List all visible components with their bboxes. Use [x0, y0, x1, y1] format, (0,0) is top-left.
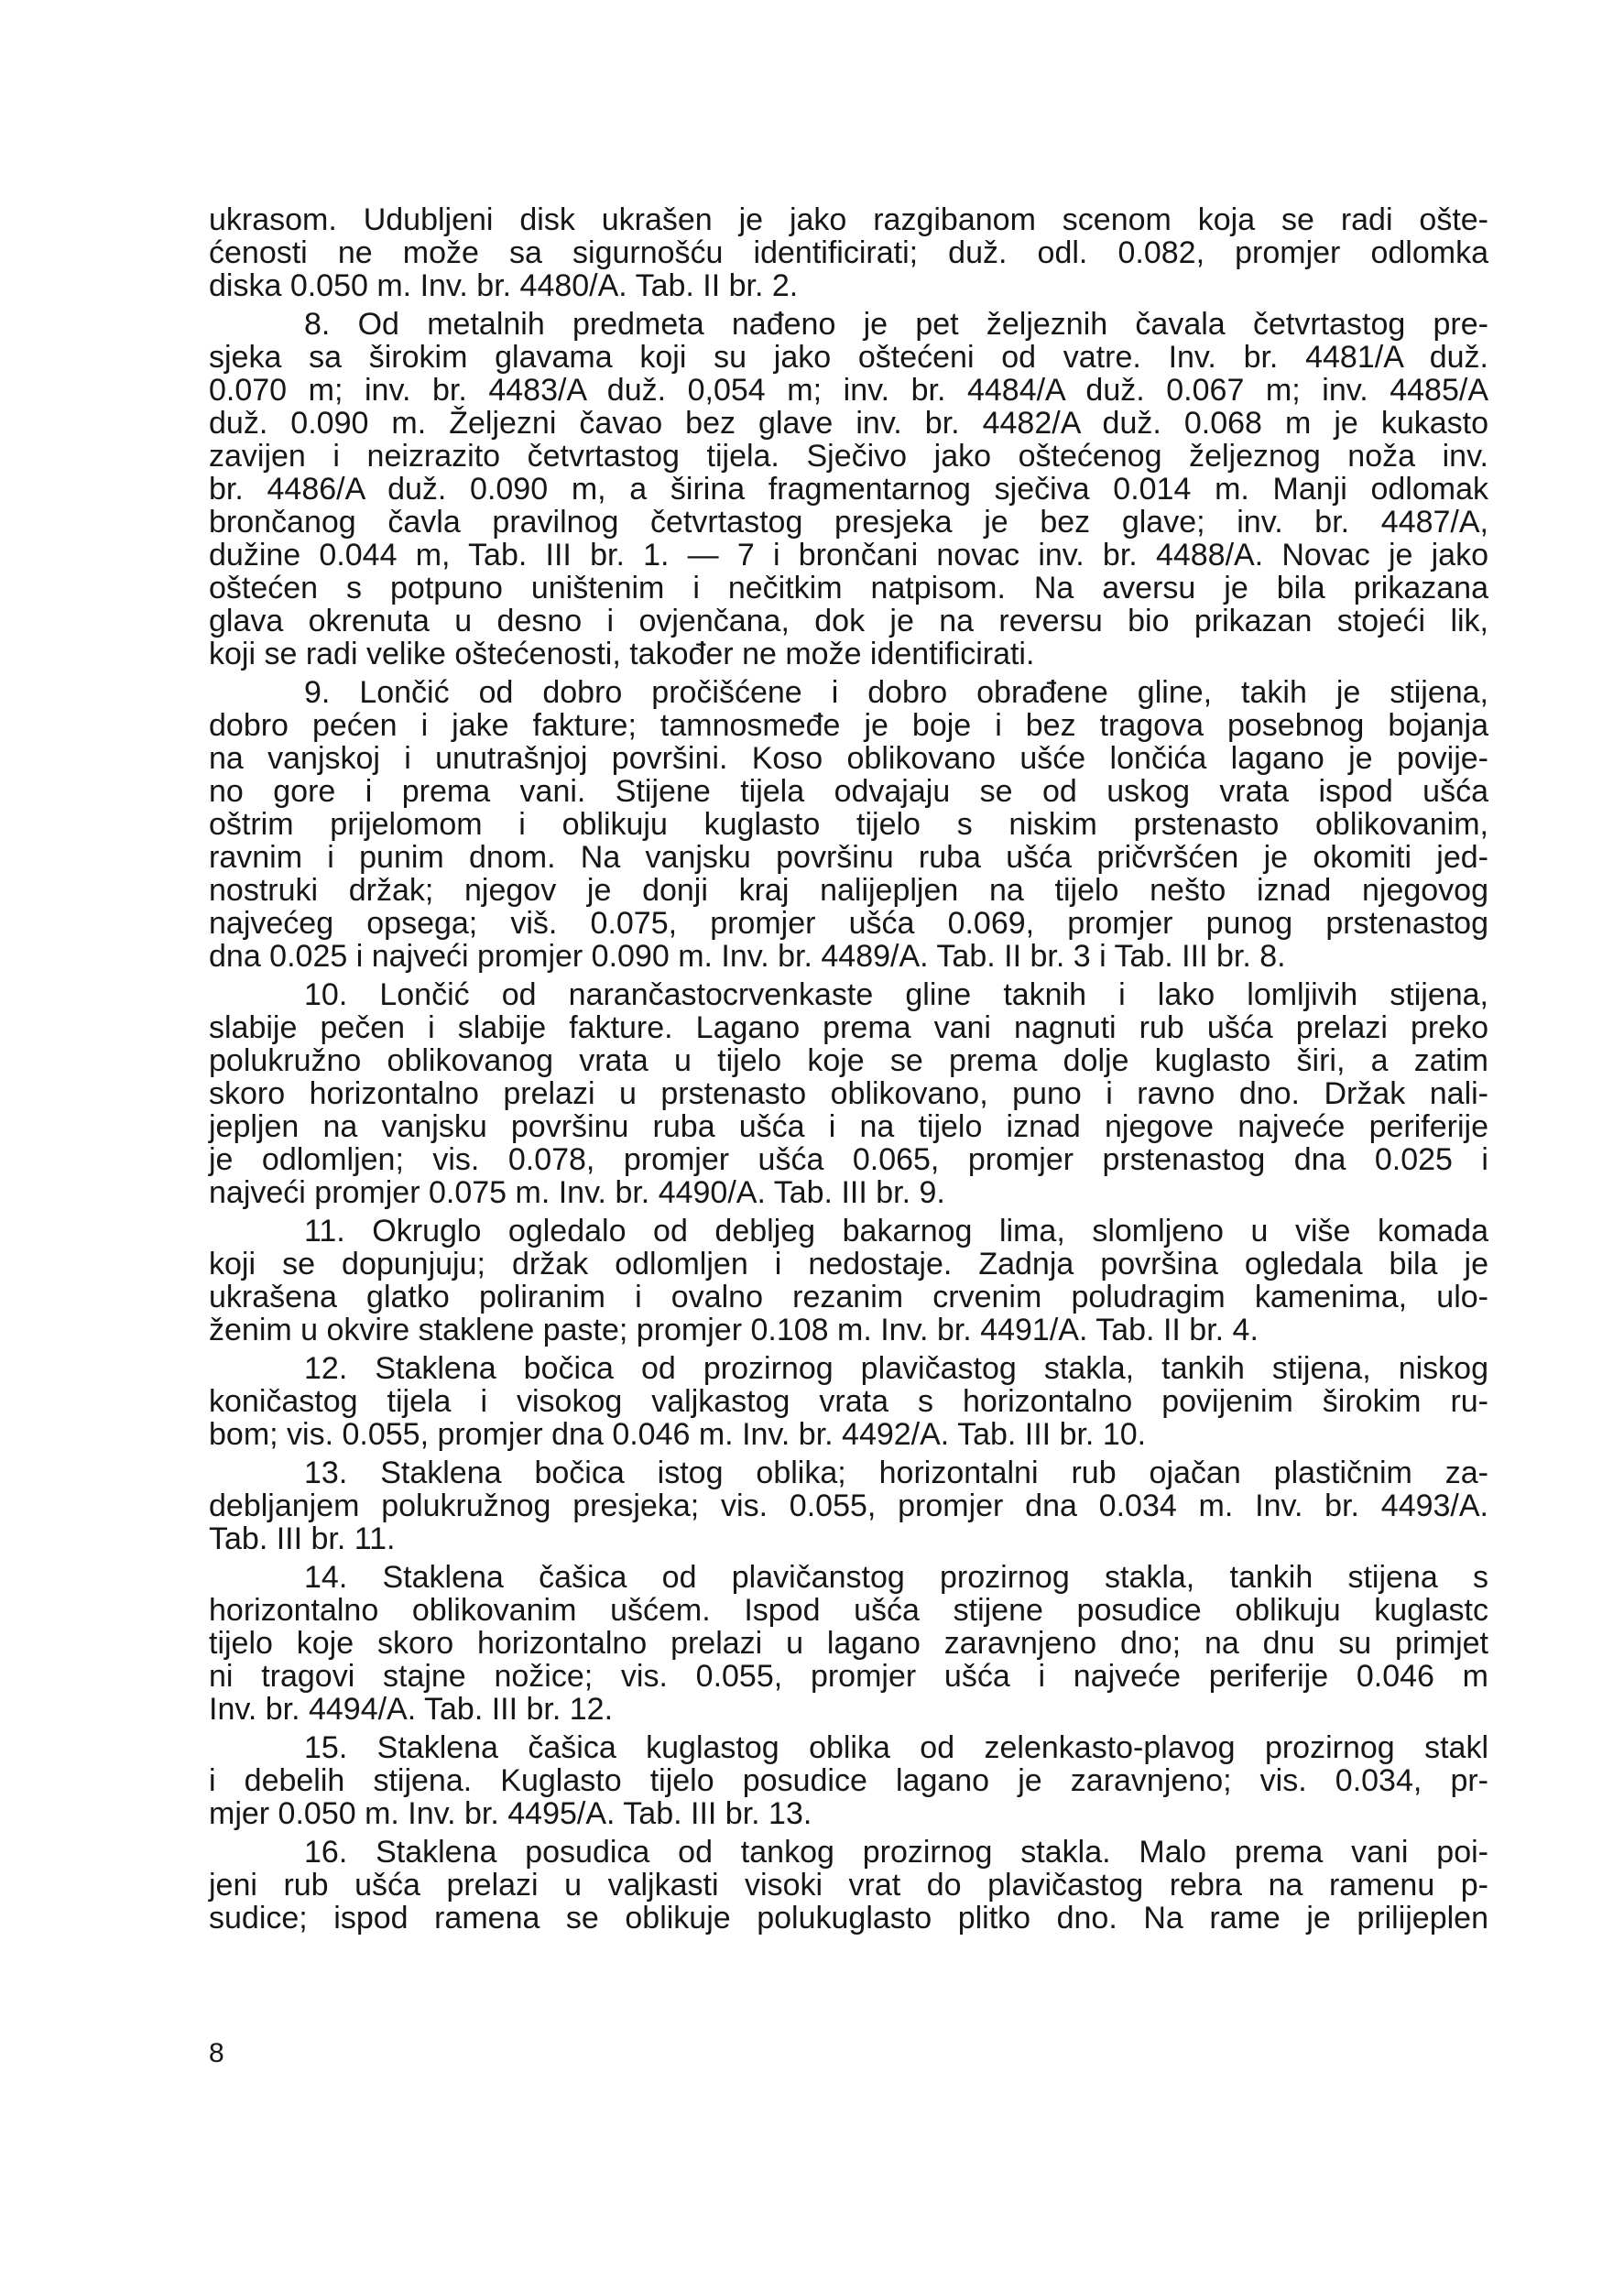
paragraph-item-8: 8. Od metalnih predmeta nađeno je pet že…: [209, 308, 1488, 671]
text-line: jepljen na vanjsku površinu ruba ušća i …: [209, 1110, 1488, 1143]
text-line: na vanjskoj i unutrašnjoj površini. Koso…: [209, 742, 1488, 775]
text-line: oštećen s potpuno uništenim i nečitkim n…: [209, 572, 1488, 605]
text-line: 12. Staklena bočica od prozirnog plaviča…: [209, 1352, 1488, 1385]
text-line: ukrašena glatko poliranim i ovalno rezan…: [209, 1281, 1488, 1314]
text-line: horizontalno oblikovanim ušćem. Ispod uš…: [209, 1594, 1488, 1627]
paragraph-item-13: 13. Staklena bočica istog oblika; horizo…: [209, 1456, 1488, 1555]
paragraph-item-16: 16. Staklena posudica od tankog prozirno…: [209, 1836, 1488, 1935]
text-line: polukružno oblikovanog vrata u tijelo ko…: [209, 1044, 1488, 1077]
text-line: 0.070 m; inv. br. 4483/A duž. 0,054 m; i…: [209, 374, 1488, 407]
text-line: slabije pečen i slabije fakture. Lagano …: [209, 1011, 1488, 1044]
text-line: 8. Od metalnih predmeta nađeno je pet že…: [209, 308, 1488, 341]
text-line: br. 4486/A duž. 0.090 m, a širina fragme…: [209, 473, 1488, 506]
text-line: zavijen i neizrazito četvrtastog tijela.…: [209, 440, 1488, 473]
text-line: brončanog čavla pravilnog četvrtastog pr…: [209, 506, 1488, 539]
text-line: bom; vis. 0.055, promjer dna 0.046 m. In…: [209, 1418, 1488, 1451]
text-line: koji se radi velike oštećenosti, također…: [209, 638, 1488, 671]
text-line: je odlomljen; vis. 0.078, promjer ušća 0…: [209, 1143, 1488, 1176]
text-line: 16. Staklena posudica od tankog prozirno…: [209, 1836, 1488, 1869]
text-line: debljanjem polukružnog presjeka; vis. 0.…: [209, 1489, 1488, 1522]
text-line: 10. Lončić od narančastocrvenkaste gline…: [209, 978, 1488, 1011]
text-line: glava okrenuta u desno i ovjenčana, dok …: [209, 605, 1488, 638]
text-line: Tab. III br. 11.: [209, 1522, 1488, 1555]
text-line: dobro pećen i jake fakture; tamnosmeđe j…: [209, 709, 1488, 742]
text-line: oštrim prijelomom i oblikuju kuglasto ti…: [209, 808, 1488, 841]
text-line: tijelo koje skoro horizontalno prelazi u…: [209, 1627, 1488, 1660]
text-line: koničastog tijela i visokog valjkastog v…: [209, 1385, 1488, 1418]
text-line: ćenosti ne može sa sigurnošću identifici…: [209, 236, 1488, 269]
paragraph-item-10: 10. Lončić od narančastocrvenkaste gline…: [209, 978, 1488, 1209]
paragraph-item-11: 11. Okruglo ogledalo od debljeg bakarnog…: [209, 1215, 1488, 1347]
text-line: dužine 0.044 m, Tab. III br. 1. — 7 i br…: [209, 539, 1488, 572]
text-line: 15. Staklena čašica kuglastog oblika od …: [209, 1731, 1488, 1764]
text-line: ravnim i punim dnom. Na vanjsku površinu…: [209, 841, 1488, 874]
text-line: sjeka sa širokim glavama koji su jako oš…: [209, 341, 1488, 374]
text-line: Inv. br. 4494/A. Tab. III br. 12.: [209, 1693, 1488, 1726]
paragraph-item-14: 14. Staklena čašica od plavičanstog proz…: [209, 1561, 1488, 1726]
text-line: najveći promjer 0.075 m. Inv. br. 4490/A…: [209, 1176, 1488, 1209]
text-line: nostruki držak; njegov je donji kraj nal…: [209, 874, 1488, 907]
paragraph-item-7-continuation: ukrasom. Udubljeni disk ukrašen je jako …: [209, 203, 1488, 302]
text-line: koji se dopunjuju; držak odlomljen i ned…: [209, 1248, 1488, 1281]
text-line: ni tragovi stajne nožice; vis. 0.055, pr…: [209, 1660, 1488, 1693]
text-line: i debelih stijena. Kuglasto tijelo posud…: [209, 1764, 1488, 1797]
text-line: ukrasom. Udubljeni disk ukrašen je jako …: [209, 203, 1488, 236]
text-line: 9. Lončić od dobro pročišćene i dobro ob…: [209, 676, 1488, 709]
page-number: 8: [209, 2038, 224, 2069]
text-line: sudice; ispod ramena se oblikuje polukug…: [209, 1902, 1488, 1935]
text-line: najvećeg opsega; viš. 0.075, promjer ušć…: [209, 907, 1488, 940]
text-line: skoro horizontalno prelazi u prstenasto …: [209, 1077, 1488, 1110]
text-line: ženim u okvire staklene paste; promjer 0…: [209, 1314, 1488, 1347]
paragraph-item-12: 12. Staklena bočica od prozirnog plaviča…: [209, 1352, 1488, 1451]
text-line: dna 0.025 i najveći promjer 0.090 m. Inv…: [209, 940, 1488, 973]
text-line: 13. Staklena bočica istog oblika; horizo…: [209, 1456, 1488, 1489]
text-line: diska 0.050 m. Inv. br. 4480/A. Tab. II …: [209, 269, 1488, 302]
text-line: 14. Staklena čašica od plavičanstog proz…: [209, 1561, 1488, 1594]
paragraph-item-9: 9. Lončić od dobro pročišćene i dobro ob…: [209, 676, 1488, 973]
text-line: no gore i prema vani. Stijene tijela odv…: [209, 775, 1488, 808]
text-line: duž. 0.090 m. Željezni čavao bez glave i…: [209, 407, 1488, 440]
text-line: mjer 0.050 m. Inv. br. 4495/A. Tab. III …: [209, 1797, 1488, 1830]
paragraph-item-15: 15. Staklena čašica kuglastog oblika od …: [209, 1731, 1488, 1830]
document-page: ukrasom. Udubljeni disk ukrašen je jako …: [209, 203, 1488, 1935]
text-line: jeni rub ušća prelazi u valjkasti visoki…: [209, 1869, 1488, 1902]
text-line: 11. Okruglo ogledalo od debljeg bakarnog…: [209, 1215, 1488, 1248]
